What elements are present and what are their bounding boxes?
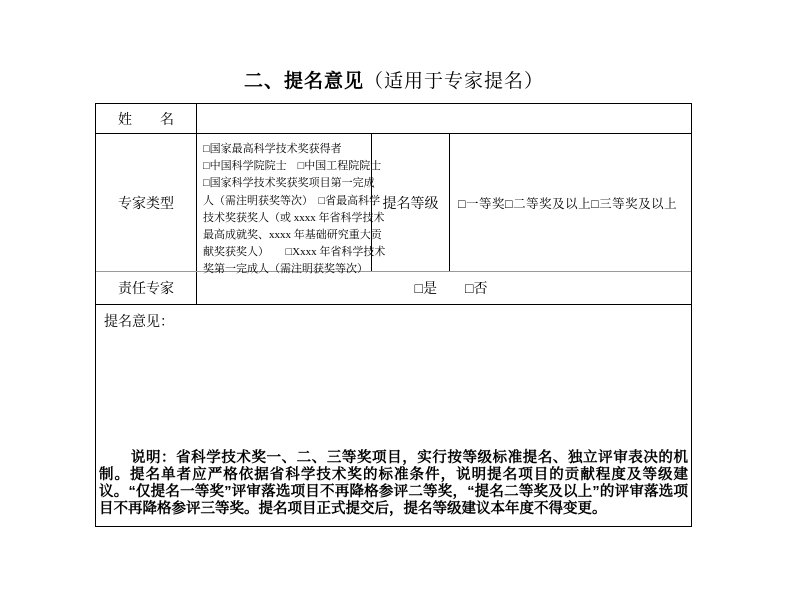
expert-type-option-line[interactable]: 最高成就奖、xxxx 年基础研究重大贡: [203, 227, 369, 244]
nomination-opinion-label: 提名意见：: [104, 311, 174, 331]
expert-type-option-line[interactable]: 技术奖获奖人（或 xxxx 年省科学技术: [203, 210, 369, 227]
instructions-note: 说明：省科学技术奖一、二、三等奖项目，实行按等级标准提名、独立评审表决的机制。提…: [99, 450, 688, 518]
responsible-yes-checkbox[interactable]: □是: [415, 278, 437, 298]
nomination-opinion-field[interactable]: [96, 335, 691, 445]
nomination-grade-label: 提名等级: [372, 134, 450, 271]
expert-type-option-line[interactable]: 献奖获奖人） □Xxxx 年省科学技术: [203, 244, 369, 261]
expert-type-option-line[interactable]: □国家科学技术奖获奖项目第一完成: [203, 175, 369, 192]
expert-type-label: 专家类型: [96, 134, 197, 271]
name-value-field[interactable]: [197, 104, 691, 133]
responsible-expert-label: 责任专家: [96, 272, 197, 304]
page-title-main: 二、提名意见: [244, 71, 364, 92]
page-title-note: （适用于专家提名）: [364, 71, 544, 92]
row-responsible-expert: 责任专家 □是 □否: [96, 272, 691, 305]
expert-type-option-line[interactable]: □中国科学院院士 □中国工程院院士: [203, 158, 369, 175]
expert-type-options[interactable]: □国家最高科学技术奖获得者 □中国科学院院士 □中国工程院院士 □国家科学技术奖…: [197, 134, 372, 271]
nomination-grade-options[interactable]: □一等奖□二等奖及以上□三等奖及以上: [450, 134, 691, 271]
row-name: 姓 名: [96, 104, 691, 134]
responsible-no-checkbox[interactable]: □否: [465, 278, 487, 298]
nomination-form-table: 姓 名 专家类型 □国家最高科学技术奖获得者 □中国科学院院士 □中国工程院院士…: [95, 103, 692, 527]
page-title: 二、提名意见（适用于专家提名）: [0, 66, 788, 93]
responsible-expert-options: □是 □否: [211, 272, 691, 304]
row-nomination-opinion: 提名意见： 说明：省科学技术奖一、二、三等奖项目，实行按等级标准提名、独立评审表…: [96, 305, 691, 524]
expert-type-option-line[interactable]: 人（需注明获奖等次） □省最高科学: [203, 193, 369, 210]
expert-type-option-line[interactable]: □国家最高科学技术奖获得者: [203, 141, 369, 158]
name-label: 姓 名: [96, 104, 197, 133]
row-expert-type: 专家类型 □国家最高科学技术奖获得者 □中国科学院院士 □中国工程院院士 □国家…: [96, 134, 691, 272]
